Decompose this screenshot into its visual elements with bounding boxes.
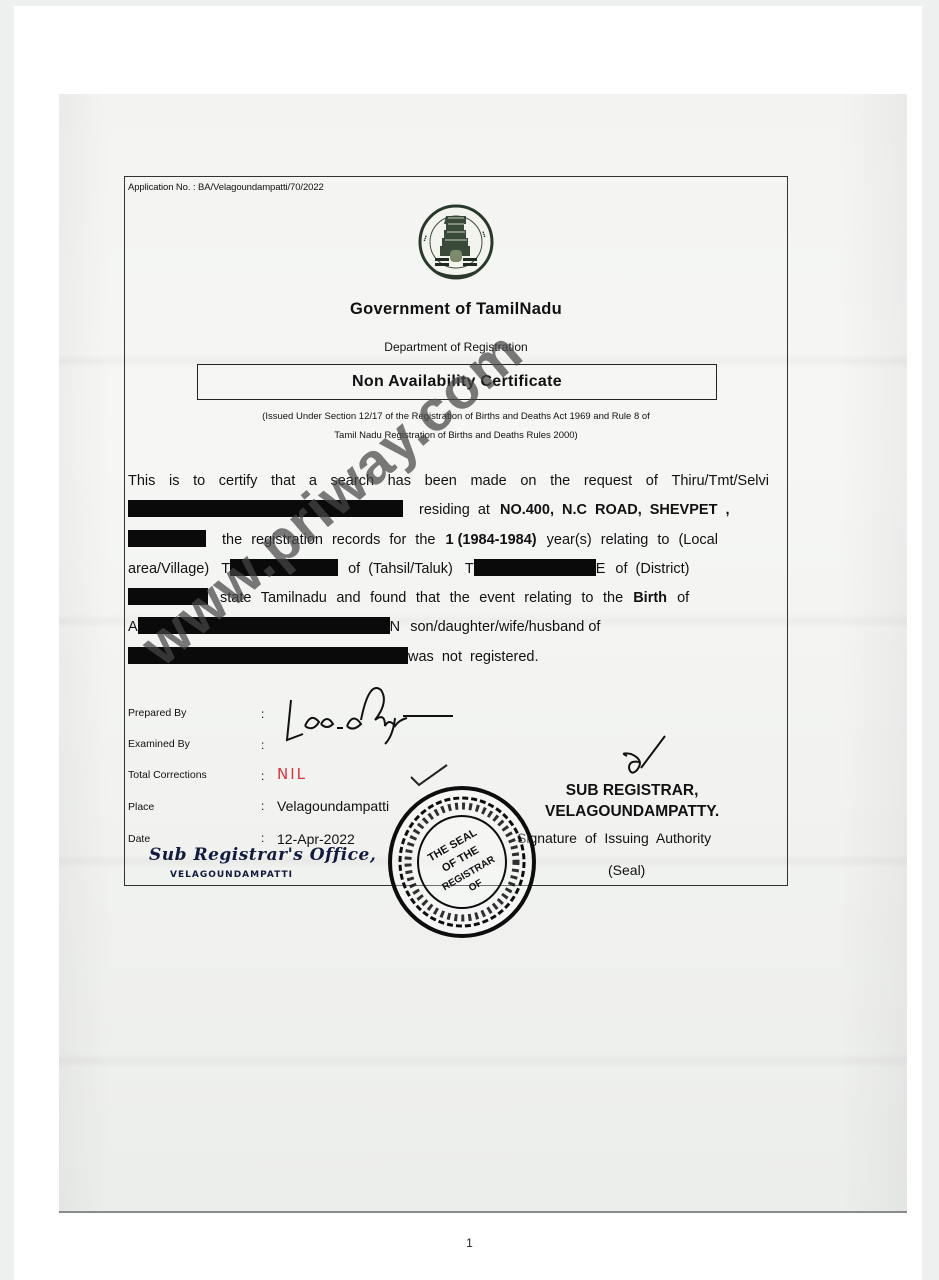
of-text: of — [677, 590, 689, 606]
tahsil-initial: T — [465, 561, 474, 577]
certificate-title: Non Availability Certificate — [197, 364, 717, 400]
body-word: search — [330, 471, 374, 491]
body-word: certify — [219, 471, 258, 491]
total-corrections-colon: : — [261, 769, 264, 783]
body-line-1: Thisistocertifythatasearchhasbeenmadeont… — [128, 471, 769, 491]
authority-title: SUB REGISTRAR, — [545, 780, 719, 801]
issued-under-line-2: Tamil Nadu Registration of Births and De… — [165, 426, 747, 445]
body-line-7: was not registered. — [128, 647, 769, 667]
redacted-district — [128, 588, 208, 605]
body-word: has — [388, 471, 411, 491]
issued-under-note: (Issued Under Section 12/17 of the Regis… — [165, 407, 747, 445]
body-line-4: area/Village) T of (Tahsil/Taluk) TE of … — [128, 559, 769, 579]
body-word: request — [584, 471, 632, 491]
body-word: been — [425, 471, 457, 491]
place-label: Place — [128, 801, 154, 813]
area-village-label: area/Village) — [128, 561, 209, 577]
issued-under-line-1: (Issued Under Section 12/17 of the Regis… — [165, 407, 747, 426]
office-stamp-line-1: Sub Registrar's Office, — [149, 845, 376, 865]
body-word: Thiru/Tmt/Selvi — [671, 471, 769, 491]
address-text: NO.400, N.C ROAD, SHEVPET , — [500, 502, 730, 518]
district-label: of (District) — [615, 561, 689, 577]
department-heading: Department of Registration — [125, 340, 787, 354]
tamilnadu-emblem-icon: ••• ••• — [417, 202, 495, 284]
redacted-tahsil — [474, 559, 596, 576]
examined-by-label: Examined By — [128, 738, 190, 750]
body-word: made — [470, 471, 506, 491]
body-line-2: residing at NO.400, N.C ROAD, SHEVPET , — [128, 500, 769, 520]
registrar-seal-icon: THE SEAL OF THE REGISTRAR OF — [386, 784, 538, 940]
body-word: is — [169, 471, 179, 491]
total-corrections-value: NIL — [277, 765, 307, 783]
place-colon: : — [261, 799, 264, 813]
date-label: Date — [128, 833, 150, 845]
application-number-label: Application No. : — [128, 182, 195, 193]
records-prefix-text: the registration records for the — [222, 532, 435, 548]
examined-by-colon: : — [261, 738, 264, 752]
person-end: N — [390, 619, 400, 635]
body-word: on — [520, 471, 536, 491]
prepared-by-label: Prepared By — [128, 707, 186, 719]
records-suffix-text: year(s) relating to (Local — [547, 532, 718, 548]
body-word: to — [193, 471, 205, 491]
area-initial: T — [221, 561, 230, 577]
signature-label: Signature of Issuing Authority — [517, 830, 711, 846]
body-word: This — [128, 471, 155, 491]
government-heading: Government of TamilNadu — [125, 300, 787, 319]
relation-text: son/daughter/wife/husband of — [410, 619, 600, 635]
page-number: 1 — [0, 1236, 939, 1250]
body-word: of — [646, 471, 658, 491]
prepared-by-colon: : — [261, 707, 264, 721]
body-line-5: state Tamilnadu and found that the event… — [128, 588, 769, 608]
place-value: Velagoundampatti — [277, 798, 389, 814]
person-initial: A — [128, 619, 138, 635]
redacted-parent-name — [128, 647, 408, 664]
not-registered-text: was not registered. — [408, 649, 539, 665]
residing-at-text: residing at — [419, 502, 490, 518]
application-number-value: BA/Velagoundampatti/70/2022 — [198, 182, 324, 193]
tahsil-label: of (Tahsil/Taluk) — [348, 561, 453, 577]
issuing-authority: SUB REGISTRAR, VELAGOUNDAMPATTY. — [545, 780, 719, 822]
application-number: Application No. : BA/Velagoundampatti/70… — [128, 182, 324, 193]
body-word: the — [550, 471, 570, 491]
redacted-person-name — [138, 617, 390, 634]
date-colon: : — [261, 831, 264, 845]
authority-location: VELAGOUNDAMPATTY. — [545, 801, 719, 822]
redacted-name — [128, 500, 403, 517]
seal-label: (Seal) — [608, 862, 645, 878]
body-line-3: the registration records for the 1 (1984… — [128, 530, 769, 550]
tahsil-end: E — [596, 561, 606, 577]
state-text: state Tamilnadu and found that the event… — [220, 590, 623, 606]
body-line-6: AN son/daughter/wife/husband of — [128, 617, 769, 637]
redacted-taluk — [128, 530, 206, 547]
registrar-signature-icon — [619, 734, 669, 780]
body-word: that — [271, 471, 295, 491]
redacted-village — [230, 559, 338, 576]
records-years-text: 1 (1984-1984) — [446, 532, 537, 548]
office-stamp-line-2: VELAGOUNDAMPATTI — [170, 870, 293, 880]
event-type: Birth — [633, 590, 667, 606]
certificate-frame: Application No. : BA/Velagoundampatti/70… — [124, 176, 788, 886]
total-corrections-label: Total Corrections — [128, 769, 207, 781]
body-word: a — [309, 471, 317, 491]
preparer-signature-icon — [283, 680, 463, 750]
